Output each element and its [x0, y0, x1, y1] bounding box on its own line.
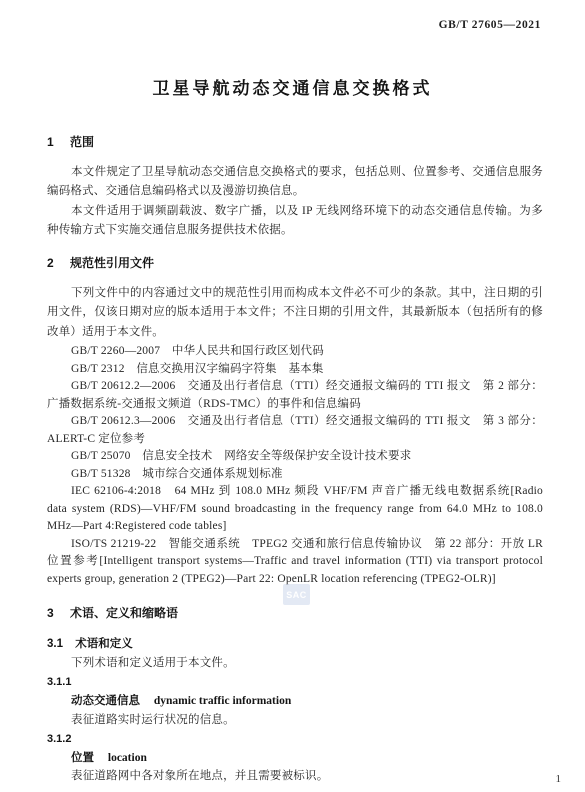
scope-paragraph: 本文件适用于调频副载波、数字广播，以及 IP 无线网络环境下的动态交通信息传输。…: [47, 202, 543, 241]
clause-number: 3: [47, 603, 54, 623]
reference-list: GB/T 2260—2007 中华人民共和国行政区划代码 GB/T 2312 信…: [47, 343, 543, 588]
sac-watermark: SAC: [283, 584, 310, 605]
clause-title: 规范性引用文件: [70, 253, 154, 273]
term-definition: 表征道路实时运行状况的信息。: [47, 711, 543, 730]
term-number: 3.1.1: [47, 673, 543, 692]
reference-item: GB/T 2260—2007 中华人民共和国行政区划代码: [47, 343, 543, 361]
term-english: dynamic traffic information: [154, 695, 291, 707]
clause-title: 术语和定义: [75, 634, 133, 654]
term-chinese: 动态交通信息: [71, 695, 140, 707]
clause-number: 2: [47, 253, 54, 273]
term-chinese: 位置: [71, 752, 94, 764]
clause-number: 3.1: [47, 638, 63, 650]
page-number: 1: [556, 773, 562, 785]
scope-paragraph: 本文件规定了卫星导航动态交通信息交换格式的要求，包括总则、位置参考、交通信息服务…: [47, 163, 543, 202]
subsection-heading-terms-definitions: 3.1 术语和定义: [47, 634, 543, 654]
term-entry: 3.1.1 动态交通信息 dynamic traffic information…: [47, 673, 543, 729]
reference-item: GB/T 20612.2—2006 交通及出行者信息（TTI）经交通报文编码的 …: [47, 378, 543, 413]
term-english: location: [108, 752, 147, 764]
clause-title: 术语、定义和缩略语: [70, 603, 178, 623]
section-heading-terms: 3 术语、定义和缩略语: [47, 603, 543, 623]
standard-number: GB/T 27605—2021: [439, 19, 541, 31]
reference-item: GB/T 51328 城市综合交通体系规划标准: [47, 466, 543, 484]
term-label: 动态交通信息 dynamic traffic information: [47, 692, 543, 711]
document-page: GB/T 27605—2021 卫星导航动态交通信息交换格式 1 范围 本文件规…: [0, 0, 585, 792]
reference-item: GB/T 2312 信息交换用汉字编码字符集 基本集: [47, 361, 543, 379]
term-entry: 3.1.2 位置 location 表征道路网中各对象所在地点，并且需要被标识。: [47, 730, 543, 786]
section-heading-scope: 1 范围: [47, 132, 543, 152]
page-title: 卫星导航动态交通信息交换格式: [0, 74, 585, 99]
section-heading-normative-refs: 2 规范性引用文件: [47, 253, 543, 273]
clause-number: 1: [47, 132, 54, 152]
clause-title: 范围: [70, 132, 94, 152]
normative-refs-intro: 下列文件中的内容通过文中的规范性引用而构成本文件必不可少的条款。其中，注日期的引…: [47, 284, 543, 342]
reference-item: GB/T 20612.3—2006 交通及出行者信息（TTI）经交通报文编码的 …: [47, 413, 543, 448]
term-number: 3.1.2: [47, 730, 543, 749]
document-body: 1 范围 本文件规定了卫星导航动态交通信息交换格式的要求，包括总则、位置参考、交…: [47, 132, 543, 786]
reference-item: ISO/TS 21219-22 智能交通系统 TPEG2 交通和旅行信息传输协议…: [47, 536, 543, 589]
term-definition: 表征道路网中各对象所在地点，并且需要被标识。: [47, 767, 543, 786]
reference-item: GB/T 25070 信息安全技术 网络安全等级保护安全设计技术要求: [47, 448, 543, 466]
terms-intro: 下列术语和定义适用于本文件。: [47, 654, 543, 673]
term-label: 位置 location: [47, 749, 543, 768]
reference-item: IEC 62106-4:2018 64 MHz 到 108.0 MHz 频段 V…: [47, 483, 543, 536]
